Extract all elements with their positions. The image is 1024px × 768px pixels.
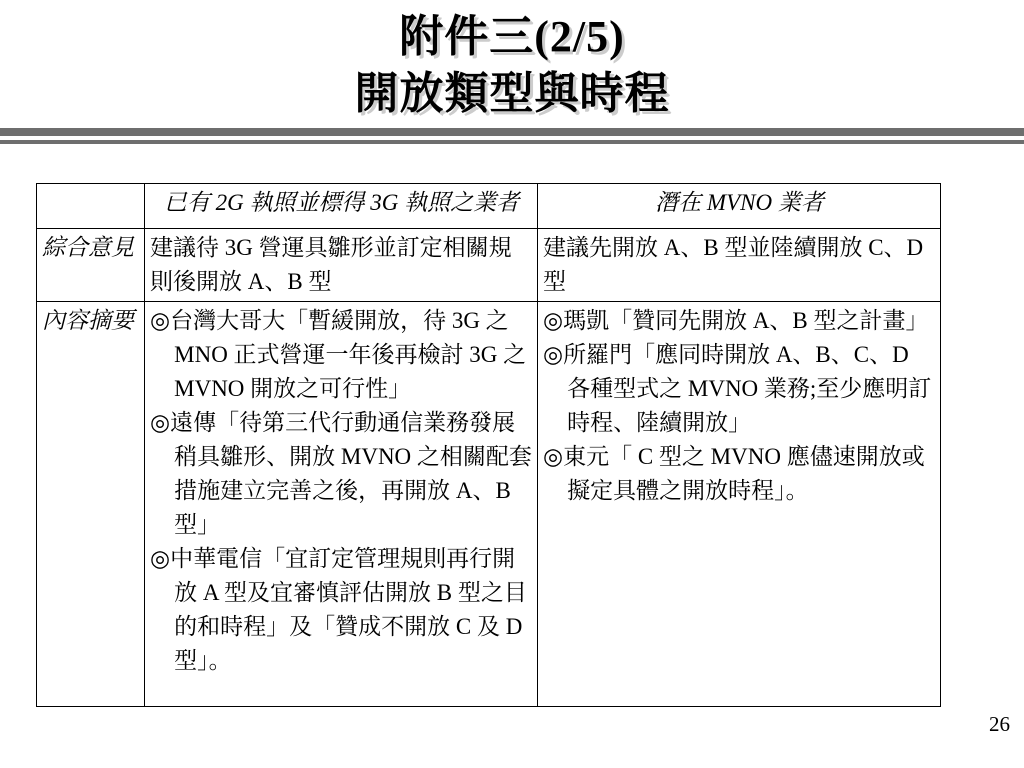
header-potential-mvno-operators: 潛在 MVNO 業者 xyxy=(538,184,941,229)
row-label-content-summary: 內容摘要 xyxy=(37,302,145,707)
bullet-list-2g-3g: ◎台灣大哥大「暫緩開放，待 3G 之 MNO 正式營運一年後再檢討 3G 之 M… xyxy=(150,304,533,678)
slide-title-line1: 附件三(2/5) xyxy=(0,8,1024,65)
bullet-fareastone: ◎遠傳「待第三代行動通信業務發展稍具雛形、開放 MVNO 之相關配套措施建立完善… xyxy=(150,406,533,542)
opinion-cell-mvno: 建議先開放 A、B 型並陸續開放 C、D 型 xyxy=(538,229,941,302)
bullet-macare: ◎瑪凱「贊同先開放 A、B 型之計畫」 xyxy=(543,304,936,338)
bullet-chunghwa-telecom: ◎中華電信「宜訂定管理規則再行開放 A 型及宜審慎評估開放 B 型之目的和時程」… xyxy=(150,542,533,678)
table-row-overall-opinion: 綜合意見 建議待 3G 營運具雛形並訂定相關規則後開放 A、B 型 建議先開放 … xyxy=(37,229,941,302)
table-header-row: 已有 2G 執照並標得 3G 執照之業者 潛在 MVNO 業者 xyxy=(37,184,941,229)
header-2g-3g-operators: 已有 2G 執照並標得 3G 執照之業者 xyxy=(145,184,538,229)
comparison-table: 已有 2G 執照並標得 3G 執照之業者 潛在 MVNO 業者 綜合意見 建議待… xyxy=(36,183,941,707)
opinion-cell-2g-3g: 建議待 3G 營運具雛形並訂定相關規則後開放 A、B 型 xyxy=(145,229,538,302)
bullet-taiwan-mobile: ◎台灣大哥大「暫緩開放，待 3G 之 MNO 正式營運一年後再檢討 3G 之 M… xyxy=(150,304,533,406)
slide-title: 附件三(2/5) 開放類型與時程 xyxy=(0,8,1024,122)
bullet-teco: ◎東元「 C 型之 MVNO 應儘速開放或擬定具體之開放時程」。 xyxy=(543,440,936,508)
bullet-list-mvno: ◎瑪凱「贊同先開放 A、B 型之計畫」 ◎所羅門「應同時開放 A、B、C、D 各… xyxy=(543,304,936,508)
row-label-overall-opinion: 綜合意見 xyxy=(37,229,145,302)
header-corner-cell xyxy=(37,184,145,229)
divider-bar-thin xyxy=(0,140,1024,144)
page-number: 26 xyxy=(989,712,1010,736)
summary-cell-2g-3g: ◎台灣大哥大「暫緩開放，待 3G 之 MNO 正式營運一年後再檢討 3G 之 M… xyxy=(145,302,538,707)
summary-cell-mvno: ◎瑪凱「贊同先開放 A、B 型之計畫」 ◎所羅門「應同時開放 A、B、C、D 各… xyxy=(538,302,941,707)
divider-bar-thick xyxy=(0,128,1024,136)
table-row-content-summary: 內容摘要 ◎台灣大哥大「暫緩開放，待 3G 之 MNO 正式營運一年後再檢討 3… xyxy=(37,302,941,707)
title-divider xyxy=(0,128,1024,144)
slide: 附件三(2/5) 開放類型與時程 已有 2G 執照並標得 3G 執照之業者 潛在… xyxy=(0,0,1024,768)
slide-title-line2: 開放類型與時程 xyxy=(0,65,1024,122)
bullet-solomon: ◎所羅門「應同時開放 A、B、C、D 各種型式之 MVNO 業務;至少應明訂時程… xyxy=(543,338,936,440)
